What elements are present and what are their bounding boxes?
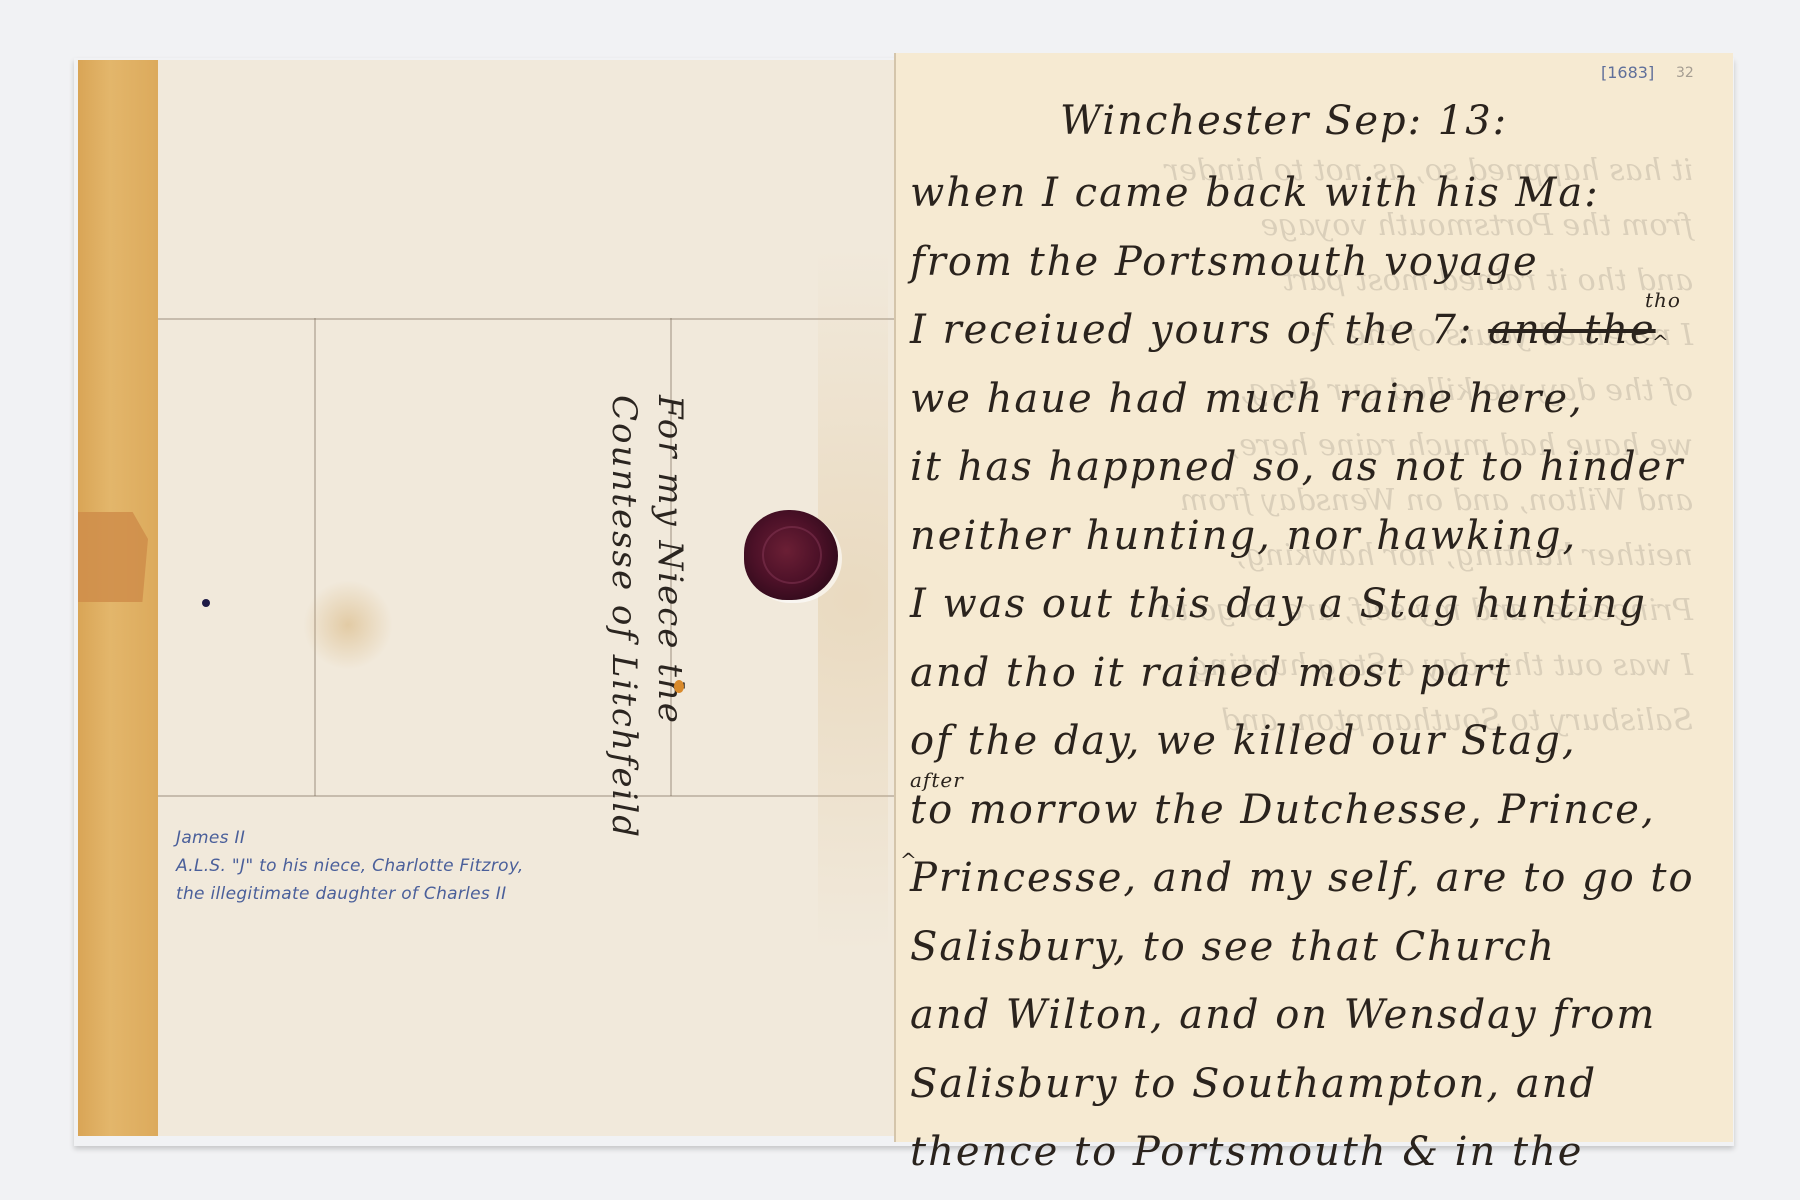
struck-text: and the — [1488, 307, 1655, 353]
gutter-toning — [818, 100, 888, 1100]
letter-leaf: it has happned so, as not to hinder from… — [894, 53, 1733, 1142]
interlinear-insertion: tho — [1645, 290, 1681, 310]
address-inscription: For my Niece the Countesse of Litchfeild — [593, 395, 693, 835]
interlinear-insertion: after — [910, 770, 964, 790]
letter-line: and tho it rained most part — [910, 639, 1730, 708]
fold-line-left — [314, 318, 316, 796]
wax-seal — [744, 510, 838, 600]
address-line-1: For my Niece the — [647, 395, 693, 835]
foxing-stain — [303, 580, 393, 670]
wax-drip — [674, 680, 684, 693]
dealer-pencil-annotation: James II A.L.S. "J" to his niece, Charlo… — [176, 824, 776, 908]
letter-line: I receiued yours of the 7: and the tho ^ — [910, 296, 1730, 365]
address-line-2: Countesse of Litchfeild — [601, 395, 647, 835]
annotation-line-1: James II — [176, 824, 776, 852]
letter-line: I was out this day a Stag hunting — [910, 570, 1730, 639]
letter-line: of the day, we killed our Stag, — [910, 707, 1730, 776]
letter-line: it has happned so, as not to hinder — [910, 433, 1730, 502]
letter-line: when I came back with his Ma: — [910, 159, 1730, 228]
letter-line: and Wilton, and on Wensday from — [910, 981, 1730, 1050]
letter-line: Salisbury to Southampton, and — [910, 1050, 1730, 1119]
annotation-line-3: the illegitimate daughter of Charles II — [176, 880, 776, 908]
fold-line-upper — [158, 318, 894, 320]
letter-line: ^ Princesse, and my self, are to go to — [910, 844, 1730, 913]
folio-number: 32 — [1676, 65, 1694, 81]
address-leaf: For my Niece the Countesse of Litchfeild… — [78, 60, 894, 1136]
insertion-caret: ^ — [900, 826, 919, 895]
letter-line: from the Portsmouth voyage — [910, 228, 1730, 297]
tape-patch — [78, 512, 148, 602]
fold-line-lower — [158, 795, 894, 797]
archive-date-bracket: [1683] — [1601, 63, 1654, 82]
letter-line: Salisbury, to see that Church — [910, 913, 1730, 982]
letter-line: neither hunting, nor hawking, — [910, 502, 1730, 571]
letter-line: we haue had much raine here, — [910, 365, 1730, 434]
insertion-caret: ^ — [1652, 332, 1671, 352]
dateline: Winchester Sep: 13: — [1060, 83, 1730, 159]
letter-body: Winchester Sep: 13: when I came back wit… — [910, 83, 1730, 1187]
ink-spot — [202, 599, 210, 607]
letter-line: after to morrow the Dutchesse, Prince, — [910, 776, 1730, 845]
letter-line: thence to Portsmouth & in the — [910, 1118, 1730, 1187]
annotation-line-2: A.L.S. "J" to his niece, Charlotte Fitzr… — [176, 852, 776, 880]
